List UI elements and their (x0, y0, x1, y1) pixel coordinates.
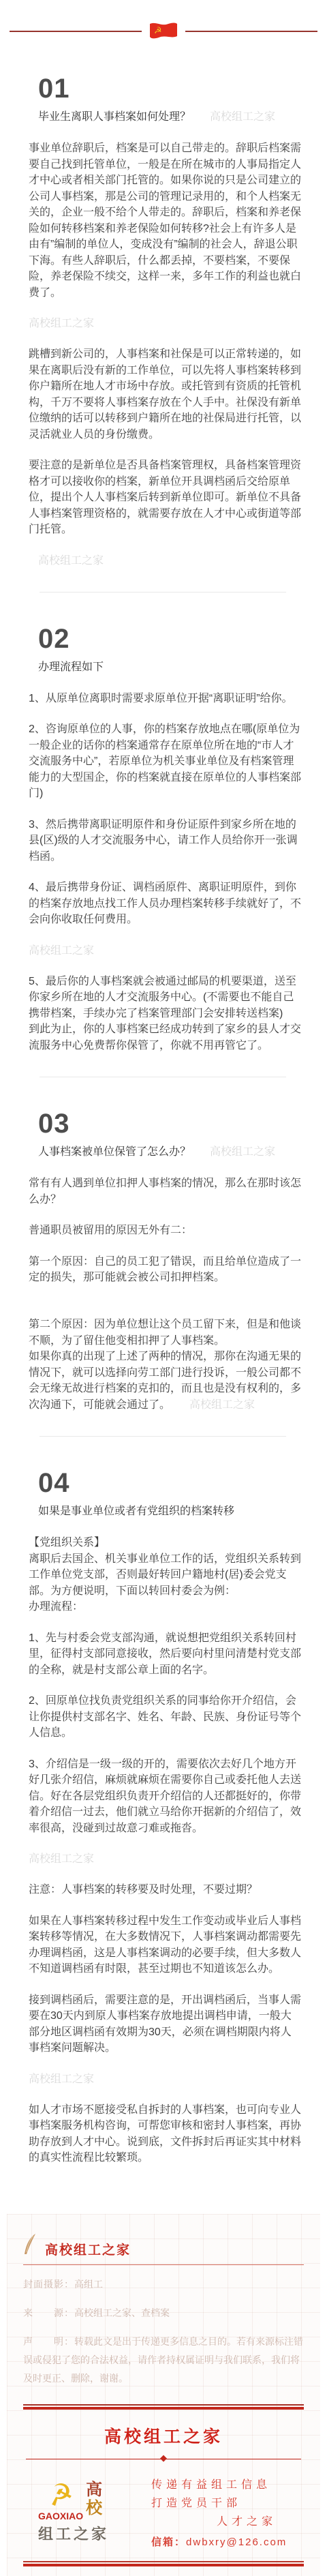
section-title-text: 毕业生离职人事档案如何处理？ (38, 111, 191, 123)
section-02: 02 办理流程如下 1、从原单位离职时需要求原单位开据“离职证明”给你。 2、咨… (0, 624, 327, 1054)
contact-label: 信箱： (151, 2536, 186, 2548)
footer-card: 高校组工之家 封面摄影：高组工 来 源：高校组工之家、查档案 声 明：转载此文是… (7, 2214, 320, 2576)
double-red-line (23, 2561, 304, 2566)
paragraph: 注意：人事档案的转移要及时处理，不要过期？ (29, 1882, 301, 1898)
watermark-text: 高校组工之家 (29, 943, 301, 959)
section-number: 03 (38, 1109, 301, 1139)
contact-value: dwbxry@126.com (186, 2536, 287, 2548)
footer-slogans: 传递有益组工信息 打造党员干部 人才之家 信箱：dwbxry@126.com (146, 2476, 300, 2549)
paragraph: 普通职员被留用的原因无外有二： (29, 1223, 301, 1239)
footer-card-header: 高校组工之家 (23, 2233, 304, 2265)
section-03: 03 人事档案被单位保管了怎么办？高校组工之家 常有有人遇到单位扣押人事档案的情… (0, 1109, 327, 1413)
section-title: 办理流程如下 (38, 659, 301, 676)
credit-label: 来 源： (23, 2307, 74, 2318)
paragraph: 如人才市场不愿接受私自拆封的人事档案，也可向专业人事档案服务机构咨询，可帮您审核… (29, 2102, 301, 2166)
section-title-text: 如果是事业单位或者有党组织的档案转移 (38, 1506, 234, 1517)
footer-logo-row: ☭ GAOXIAO 高 校 组工之家 传递有益组工信息 打造党员干部 人才之家 … (38, 2476, 300, 2549)
section-title-text: 人事档案被单位保管了怎么办？ (38, 1146, 191, 1158)
footer-card-title: 高校组工之家 (45, 2240, 131, 2258)
paragraph: 3、介绍信是一级一级的开的，需要依次去好几个地方开好几张介绍信，麻烦就麻烦在需要… (29, 1756, 301, 1837)
paragraph: 2、咨询原单位的人事，你的档案存放地点在哪(原单位为一般企业的话你的档案通常存在… (29, 721, 301, 802)
paragraph: 1、从原单位离职时需要求原单位开据“离职证明”给你。 (29, 691, 301, 707)
watermark-text: 高校组工之家 (29, 2071, 301, 2087)
footer-big-title: 高校组工之家 (23, 2423, 304, 2448)
slogan-line: 人才之家 (151, 2513, 300, 2531)
paragraph: 接到调档函后，需要注意的是，开出调档函后，当事人需要在30天内到原人事档案存放地… (29, 1992, 301, 2056)
paragraph-text: 第二个原因：因为单位想让这个员工留下来，但是和他谈不顺，为了留住他变相扣押了人事… (29, 1319, 301, 1411)
logo-char-top: 高 (86, 2481, 102, 2500)
logo-latin-text: GAOXIAO (38, 2511, 83, 2521)
hammer-sickle-icon: ☭ (45, 2478, 76, 2511)
top-divider: ☭ (0, 0, 327, 42)
credit-value: 高组工 (74, 2279, 103, 2290)
section-title: 毕业生离职人事档案如何处理？高校组工之家 (38, 109, 301, 125)
paragraph: 要注意的是新单位是否具备档案管理权，具备档案管理资格才可以接收你的档案，新单位开… (29, 458, 301, 538)
section-divider (40, 592, 286, 593)
logo-caption: 组工之家 (38, 2523, 146, 2544)
divider-line-left (10, 31, 142, 32)
paragraph: 4、最后携带身份证、调档函原件、离职证明原件，到你的档案存放地点找工作人员办理档… (29, 880, 301, 928)
paragraph: 事业单位辞职后，档案是可以自己带走的。辞职后档案需要自己找到托管单位，一般是在所… (29, 140, 301, 301)
paragraph: 跳槽到新公司的，人事档案和社保是可以正常转递的，如果在离职后没有新的工作单位，可… (29, 346, 301, 443)
article-page: ☭ 01 毕业生离职人事档案如何处理？高校组工之家 事业单位辞职后，档案是可以自… (0, 0, 327, 2576)
double-red-line (23, 2404, 304, 2410)
section-title-text: 办理流程如下 (38, 661, 104, 673)
paragraph: 5、最后你的人事档案就会被通过邮局的机要渠道，送至你家乡所在地的人才交流服务中心… (29, 974, 301, 1054)
credit-label: 声 明： (23, 2336, 74, 2347)
credit-label: 封面摄影： (23, 2279, 74, 2290)
section-title: 如果是事业单位或者有党组织的档案转移 (38, 1503, 301, 1520)
section-01: 01 毕业生离职人事档案如何处理？高校组工之家 事业单位辞职后，档案是可以自己带… (0, 74, 327, 569)
svg-text:☭: ☭ (154, 25, 162, 35)
watermark-text: 高校组工之家 (38, 553, 301, 569)
section-number: 02 (38, 624, 301, 654)
watermark-text: 高校组工之家 (29, 316, 301, 331)
quill-pen-icon (23, 2233, 37, 2258)
brand-logo: ☭ GAOXIAO 高 校 组工之家 (38, 2481, 146, 2544)
paragraph: 第二个原因：因为单位想让这个员工留下来，但是和他谈不顺，为了留住他变相扣押了人事… (29, 1301, 301, 1413)
credit-statement: 声 明：转载此文是出于传递更多信息之目的。若有来源标注错误或侵犯了您的合法权益，… (23, 2333, 304, 2388)
paragraph: 常有有人遇到单位扣押人事档案的情况，那么在那时该怎么办？ (29, 1175, 301, 1208)
watermark-text: 高校组工之家 (29, 1851, 301, 1867)
section-number: 01 (38, 74, 301, 104)
watermark-text: 高校组工之家 (189, 1399, 255, 1411)
contact-email: 信箱：dwbxry@126.com (151, 2534, 300, 2549)
paragraph: 2、回原单位找负责党组织关系的同事给你开介绍信，会让你提供村支部名字、姓名、年龄… (29, 1693, 301, 1741)
diamond-icon: ◆ (160, 2453, 167, 2462)
logo-vertical-text: 高 校 (86, 2481, 102, 2518)
section-title: 人事档案被单位保管了怎么办？高校组工之家 (38, 1144, 301, 1160)
logo-char-bottom: 校 (86, 2499, 102, 2518)
credit-value: 高校组工之家、查档案 (74, 2307, 170, 2318)
section-divider (40, 1436, 286, 1437)
watermark-text: 高校组工之家 (210, 111, 275, 123)
paragraph: 3、然后携带离职证明原件和身份证原件到家乡所在地的县(区)级的人才交流服务中心，… (29, 817, 301, 865)
paragraph: 如果在人事档案转移过程中发生工作变动或毕业后人事档案转移等情况，在大多数情况下，… (29, 1913, 301, 1977)
section-04: 04 如果是事业单位或者有党组织的档案转移 【党组织关系】 离职后去国企、机关事… (0, 1468, 327, 2166)
paragraph: 第一个原因：自己的员工犯了错误，而且给单位造成了一定的损失，那可能就会被公司扣押… (29, 1254, 301, 1286)
divider-line-right (185, 31, 317, 32)
slogan-line: 打造党员干部 (151, 2494, 300, 2513)
credit-source: 来 源：高校组工之家、查档案 (23, 2304, 304, 2322)
diamond-divider: ◆ (26, 2459, 301, 2466)
paragraph: 【党组织关系】 离职后去国企、机关事业单位工作的话，党组织关系转到工作单位党支部… (29, 1535, 301, 1615)
section-divider (40, 1077, 286, 1077)
party-flag-icon: ☭ (149, 20, 178, 42)
watermark-text: 高校组工之家 (210, 1146, 275, 1158)
section-number: 04 (38, 1468, 301, 1498)
slogan-line: 传递有益组工信息 (151, 2476, 300, 2494)
credit-photographer: 封面摄影：高组工 (23, 2275, 304, 2294)
paragraph: 1、先与村委会党支部沟通，就说想把党组织关系转回村里，征得村支部同意接收，然后要… (29, 1630, 301, 1679)
